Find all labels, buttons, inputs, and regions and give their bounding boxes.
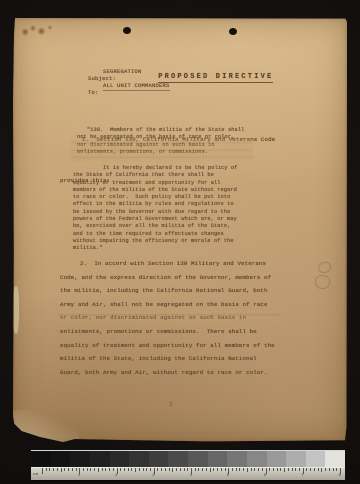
quoted-policy-declaration: It is hereby declared to be the policy o… xyxy=(73,165,243,253)
ruler-tick xyxy=(269,468,270,471)
document-title-row: PROPOSED DIRECTIVE xyxy=(13,47,347,101)
ruler-tick xyxy=(64,468,65,471)
ruler-tick xyxy=(254,468,255,471)
ruler-tick xyxy=(273,468,274,471)
ruler-tick xyxy=(184,468,185,471)
ruler-tick xyxy=(333,468,334,471)
ruler-tick xyxy=(277,468,278,471)
gray-step xyxy=(149,451,169,467)
ruler-number: 7 xyxy=(301,474,303,478)
ruler-number: 2 xyxy=(115,474,117,478)
subject-label: Subject: xyxy=(88,75,116,82)
gray-step xyxy=(31,451,51,467)
ruler-tick xyxy=(262,468,263,471)
gray-step xyxy=(188,451,208,467)
ruler-tick xyxy=(180,468,181,471)
ruler-tick xyxy=(258,468,259,471)
gray-step xyxy=(90,451,110,467)
ruler-tick xyxy=(42,468,43,474)
ruler-tick xyxy=(299,468,300,471)
ruler-tick xyxy=(53,468,54,471)
ruler-tick xyxy=(232,468,233,471)
ruler-tick xyxy=(61,468,62,472)
ruler-tick xyxy=(247,468,248,472)
paper-stain xyxy=(21,23,55,38)
ruler-tick xyxy=(251,468,252,471)
gray-step xyxy=(129,451,149,467)
page-number: 1 xyxy=(169,401,173,408)
ruler-number: 3 xyxy=(152,474,154,478)
ink-fade-smudge-1 xyxy=(71,139,253,161)
pencil-mark-2 xyxy=(314,274,330,289)
archival-photo: PROPOSED DIRECTIVE Subject: SEGREGATION … xyxy=(0,0,360,484)
page-title: PROPOSED DIRECTIVE xyxy=(158,73,273,83)
gray-step xyxy=(286,451,306,467)
ruler-number: 4 xyxy=(190,474,192,478)
ruler-number: 5 xyxy=(227,474,229,478)
subject-value: SEGREGATION xyxy=(103,68,142,75)
ruler-tick xyxy=(135,468,136,472)
ruler-tick xyxy=(325,468,326,471)
calibration-target: cm 12345678 xyxy=(31,450,345,481)
ruler-tick xyxy=(217,468,218,471)
ruler-tick xyxy=(94,468,95,471)
ruler-tick xyxy=(187,468,188,471)
edge-wear-left xyxy=(13,286,19,334)
ruler-tick xyxy=(239,468,240,471)
grayscale-step-wedge xyxy=(31,450,345,467)
ruler-tick xyxy=(202,468,203,471)
corner-wear-bottom-left xyxy=(13,410,79,442)
gray-step xyxy=(110,451,130,467)
gray-step xyxy=(325,451,345,467)
ruler-tick xyxy=(146,468,147,471)
pencil-annotation xyxy=(313,261,335,297)
ruler-tick xyxy=(195,468,196,471)
ruler-tick xyxy=(295,468,296,471)
punch-hole-left xyxy=(123,27,131,34)
gray-step xyxy=(70,451,90,467)
ruler-tick xyxy=(128,468,129,471)
gray-step xyxy=(306,451,326,467)
ruler-number: 1 xyxy=(78,474,80,478)
ruler-tick xyxy=(169,468,170,471)
ruler-tick xyxy=(68,468,69,471)
ruler-tick xyxy=(176,468,177,471)
ruler-tick xyxy=(310,468,311,471)
gray-step xyxy=(208,451,228,467)
ruler-tick xyxy=(243,468,244,471)
ruler-tick xyxy=(225,468,226,471)
gray-step xyxy=(51,451,71,467)
ruler-tick xyxy=(49,468,50,471)
ruler-tick xyxy=(336,468,337,471)
gray-step xyxy=(227,451,247,467)
ruler-tick xyxy=(165,468,166,471)
ruler-tick xyxy=(329,468,330,471)
ruler-tick xyxy=(57,468,58,471)
ruler-tick xyxy=(90,468,91,471)
pencil-mark-1 xyxy=(317,261,331,274)
ruler-tick xyxy=(120,468,121,471)
ruler-tick xyxy=(306,468,307,471)
gray-step xyxy=(247,451,267,467)
ruler-tick xyxy=(124,468,125,471)
ruler-tick xyxy=(288,468,289,471)
ruler-tick xyxy=(236,468,237,471)
punch-hole-right xyxy=(229,28,237,35)
ruler-tick xyxy=(221,468,222,471)
ruler-unit-label: cm xyxy=(33,473,38,477)
ruler-tick xyxy=(318,468,319,471)
gray-step xyxy=(168,451,188,467)
to-value: ALL UNIT COMMANDERS xyxy=(103,82,170,91)
gray-step xyxy=(267,451,287,467)
ruler: cm 12345678 xyxy=(31,467,345,480)
ruler-tick xyxy=(76,468,77,471)
ruler-tick xyxy=(150,468,151,471)
ruler-tick xyxy=(131,468,132,471)
ruler-tick xyxy=(206,468,207,471)
ruler-tick xyxy=(143,468,144,471)
ruler-tick xyxy=(102,468,103,471)
ruler-tick xyxy=(109,468,110,471)
ruler-tick xyxy=(198,468,199,471)
ruler-number: 6 xyxy=(264,474,266,478)
ruler-tick xyxy=(98,468,99,472)
to-label: To: xyxy=(88,89,99,96)
ruler-tick xyxy=(113,468,114,471)
ruler-tick xyxy=(321,468,322,472)
ruler-tick xyxy=(210,468,211,472)
ruler-tick xyxy=(139,468,140,471)
ruler-tick xyxy=(46,468,47,471)
ruler-tick xyxy=(157,468,158,471)
ruler-tick xyxy=(105,468,106,471)
ruler-tick xyxy=(284,468,285,472)
ruler-number: 8 xyxy=(339,474,341,478)
document-page: PROPOSED DIRECTIVE Subject: SEGREGATION … xyxy=(13,18,347,442)
ruler-tick xyxy=(161,468,162,471)
ruler-tick xyxy=(213,468,214,471)
ruler-tick xyxy=(314,468,315,471)
ruler-tick xyxy=(292,468,293,471)
ruler-tick xyxy=(83,468,84,471)
ruler-tick xyxy=(87,468,88,471)
ink-fade-smudge-2 xyxy=(58,311,282,321)
ruler-tick xyxy=(72,468,73,471)
ruler-tick xyxy=(172,468,173,472)
ruler-tick xyxy=(280,468,281,471)
